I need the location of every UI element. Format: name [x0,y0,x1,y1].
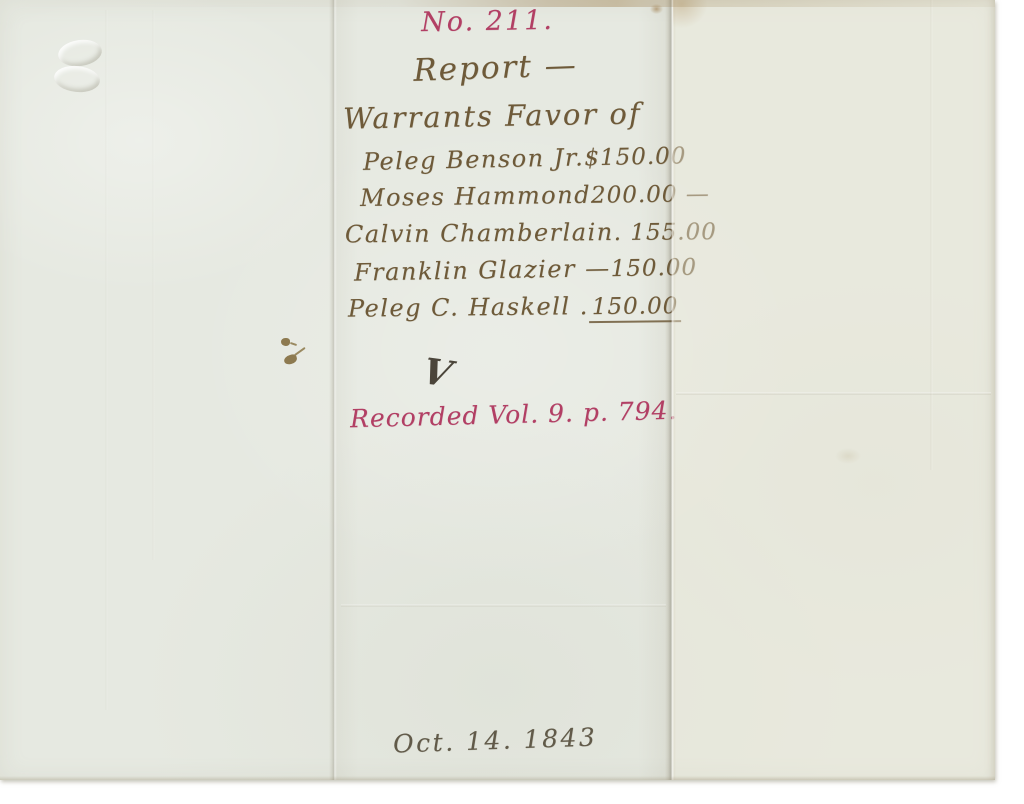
warrant-entries: Peleg Benson Jr. $150.00 Moses Hammond 2… [345,145,660,330]
document-subtitle: Warrants Favor of [343,96,642,135]
recorded-note: Recorded Vol. 9. p. 794. [350,396,678,434]
center-panel: No. 211. Report — Warrants Favor of Pele… [335,0,672,780]
document-date: Oct. 14. 1843 [393,722,598,758]
right-panel [672,0,995,780]
payee-name: Franklin Glazier — [354,254,611,286]
warrant-entry: Peleg Benson Jr. $150.00 [345,142,661,186]
payee-name: Calvin Chamberlain [345,218,614,248]
tally-checkmark: V [418,351,456,396]
document-number: No. 211. [319,3,656,40]
paper-sheet: No. 211. Report — Warrants Favor of Pele… [0,0,995,780]
warrant-entry: Moses Hammond 200.00 — [345,180,660,221]
warrant-entry: Franklin Glazier — 150.00 [345,253,661,295]
ink-speck [281,338,290,346]
paper-crease [105,10,108,710]
paper-crease [930,0,933,470]
warrant-entry: Calvin Chamberlain . 155.00 [345,218,660,258]
warrant-amount-underlined: 150.00 [589,293,682,323]
paper-crease [341,604,666,607]
payee-name: Peleg C. Haskell . [348,292,589,323]
ink-speck [283,354,298,366]
paper-crease [676,392,991,395]
payee-name: Moses Hammond [360,181,591,212]
embossed-seal [50,32,108,98]
warrant-entry: Peleg C. Haskell . 150.00 [345,291,660,331]
left-panel [0,0,335,780]
document-scan: No. 211. Report — Warrants Favor of Pele… [0,0,1024,804]
payee-name: Peleg Benson Jr. [363,143,585,176]
paper-crease [152,10,155,560]
document-title: Report — [326,44,664,92]
